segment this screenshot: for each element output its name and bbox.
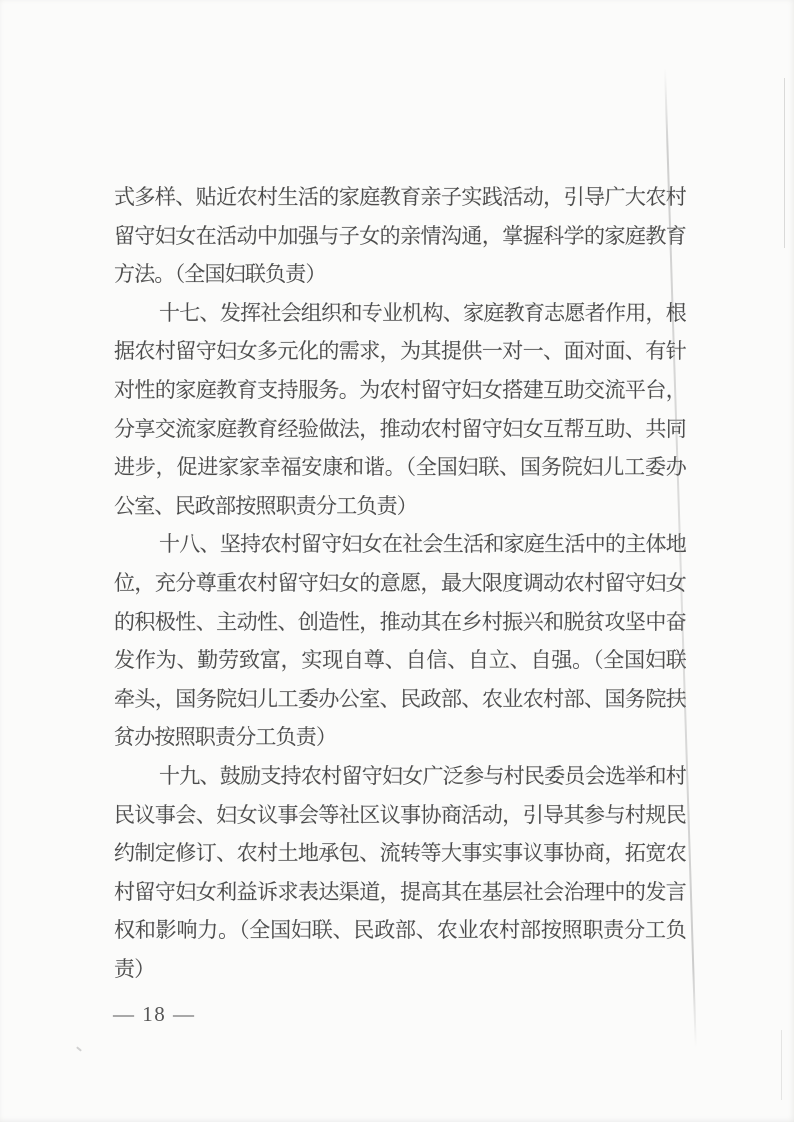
scan-artifact-edge-line-lower xyxy=(781,1030,782,1100)
text-line: 十九、鼓励支持农村留守妇女广泛参与村民委员会选举和村 xyxy=(114,757,686,796)
text-line: 权和影响力。（全国妇联、民政部、农业农村部按照职责分工负 xyxy=(114,911,686,950)
text-line: 民议事会、妇女议事会等社区议事协商活动，引导其参与村规民 xyxy=(114,796,686,835)
page-number: — 18 — xyxy=(113,1002,196,1027)
text-line: 的积极性、主动性、创造性，推动其在乡村振兴和脱贫攻坚中奋 xyxy=(114,603,686,642)
text-line: 位，充分尊重农村留守妇女的意愿，最大限度调动农村留守妇女 xyxy=(114,564,686,603)
text-line: 牵头，国务院妇儿工委办公室、民政部、农业农村部、国务院扶 xyxy=(114,680,686,719)
text-line: 式多样、贴近农村生活的家庭教育亲子实践活动，引导广大农村 xyxy=(114,178,686,217)
paragraph: 式多样、贴近农村生活的家庭教育亲子实践活动，引导广大农村 留守妇女在活动中加强与… xyxy=(114,178,686,294)
text-line: 留守妇女在活动中加强与子女的亲情沟通，掌握科学的家庭教育 xyxy=(114,217,686,256)
text-line: 责） xyxy=(114,950,686,989)
text-line: 村留守妇女利益诉求表达渠道，提高其在基层社会治理中的发言 xyxy=(114,873,686,912)
text-line: 对性的家庭教育支持服务。为农村留守妇女搭建互助交流平台， xyxy=(114,371,686,410)
text-line: 十八、坚持农村留守妇女在社会生活和家庭生活中的主体地 xyxy=(114,525,686,564)
scan-artifact-edge-line xyxy=(784,78,785,248)
text-line: 贫办按照职责分工负责） xyxy=(114,718,686,757)
text-block: 式多样、贴近农村生活的家庭教育亲子实践活动，引导广大农村 留守妇女在活动中加强与… xyxy=(114,178,686,988)
text-line: 进步，促进家家幸福安康和谐。（全国妇联、国务院妇儿工委办 xyxy=(114,448,686,487)
text-line: 方法。（全国妇联负责） xyxy=(114,255,686,294)
text-line: 公室、民政部按照职责分工负责） xyxy=(114,487,686,526)
text-line: 约制定修订、农村土地承包、流转等大事实事议事协商，拓宽农 xyxy=(114,834,686,873)
text-line: 据农村留守妇女多元化的需求，为其提供一对一、面对面、有针 xyxy=(114,332,686,371)
scan-artifact-speck xyxy=(76,1046,82,1051)
paragraph: 十九、鼓励支持农村留守妇女广泛参与村民委员会选举和村 民议事会、妇女议事会等社区… xyxy=(114,757,686,989)
paragraph: 十八、坚持农村留守妇女在社会生活和家庭生活中的主体地 位，充分尊重农村留守妇女的… xyxy=(114,525,686,757)
scanned-document-page: 式多样、贴近农村生活的家庭教育亲子实践活动，引导广大农村 留守妇女在活动中加强与… xyxy=(0,0,794,1122)
text-line: 分享交流家庭教育经验做法，推动农村留守妇女互帮互助、共同 xyxy=(114,410,686,449)
text-line: 十七、发挥社会组织和专业机构、家庭教育志愿者作用，根 xyxy=(114,294,686,333)
paragraph: 十七、发挥社会组织和专业机构、家庭教育志愿者作用，根 据农村留守妇女多元化的需求… xyxy=(114,294,686,526)
text-line: 发作为、勤劳致富，实现自尊、自信、自立、自强。（全国妇联 xyxy=(114,641,686,680)
